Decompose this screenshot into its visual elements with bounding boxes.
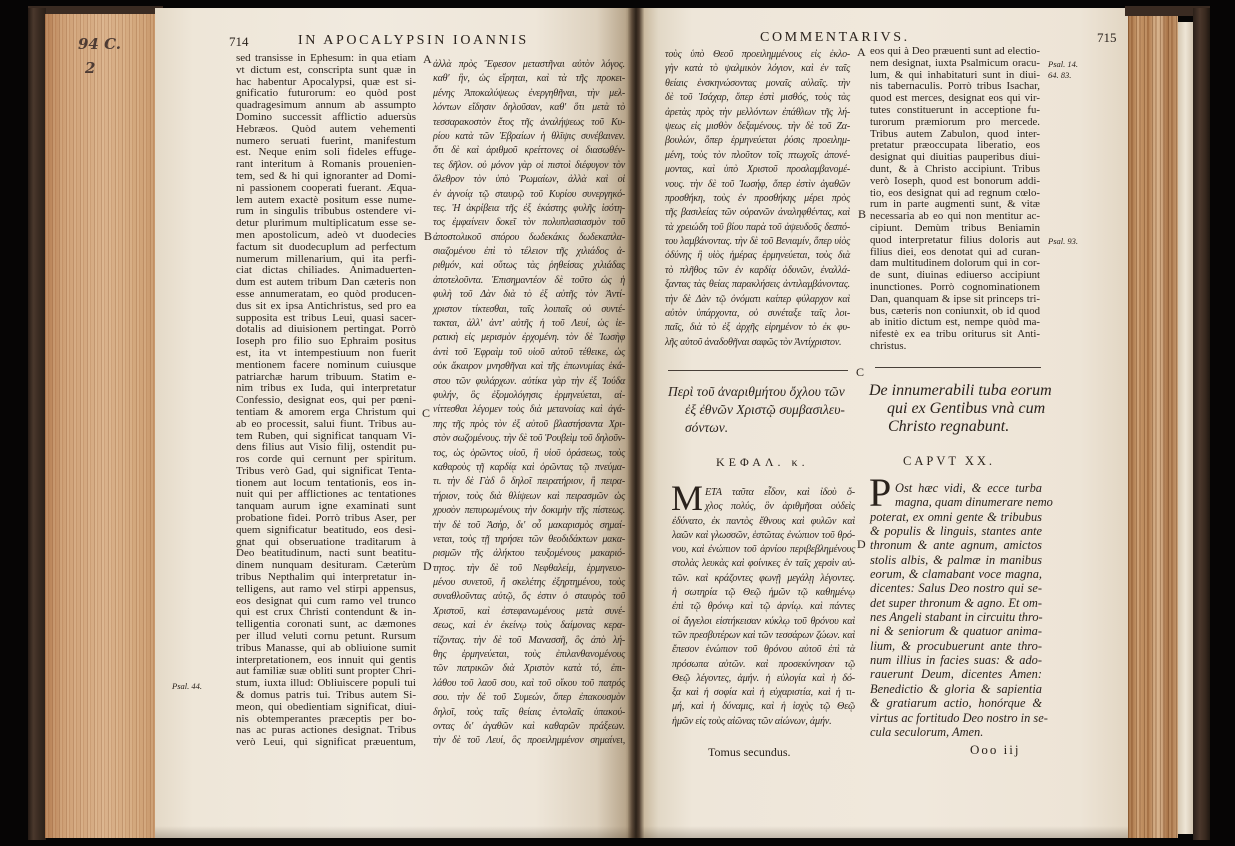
left-latin-column: sed transisse in Ephesum: in qua etiam v… [236, 53, 416, 749]
text-line: τες. Ἡ ἀκρίβεια τῆς ἐξ ἑκάστης φυλῆς ἰσό… [433, 202, 625, 216]
right-page: COMMENTARIVS. 715 A B C D Psal. 14. 64. … [644, 8, 1128, 838]
text-line: δηλοῖ, τοὺς ταῖς θείαις ἐντολαῖς ὑπακού- [433, 706, 625, 720]
text-line: τίζοντας. τὴν δὲ τοῦ Μανασσῆ, ὃς ἀπὸ λή- [433, 634, 625, 648]
text-line: ξα καὶ ἡ σοφία καὶ ἡ εὐχαριστία, καὶ ἡ τ… [672, 686, 855, 700]
text-line: Ost hæc vidi, & ecce turba [870, 481, 1042, 495]
text-line: tem, sed & hi qui ignoranter ad Domi- [236, 171, 416, 183]
text-line: ρίου κατὰ τῶν Ἑβραίων ἡ θλῖψις συνέβαινε… [433, 130, 625, 144]
text-line: οὐκ ἄκαιρον μνησθῆναι καὶ τῆς ἐπωνυμίας … [433, 360, 625, 374]
text-line: τὴν δὲ τοῦ Ἀσὴρ, δι' οὗ μακαρισμὸς σημαί… [433, 519, 625, 533]
left-page: 714 IN APOCALYPSIN IOANNIS A B C D Psal.… [155, 8, 630, 838]
greek-chapter-label: ΚΕΦΑΛ. κ. [716, 455, 809, 470]
text-line: turorum præmiorum pro mercede. [870, 117, 1040, 129]
left-cover-edge [28, 8, 46, 840]
text-line: μένης Ἀποκαλύψεως ἐνεργηθῆναι, τὴν μελ- [433, 87, 625, 101]
text-line: τεσσαρακοστὸν ἔτος τῆς ἀναλήψεως τοῦ Κυ- [433, 116, 625, 130]
page-number: 714 [229, 34, 249, 50]
book-spread-scan: 94 C. 2 714 IN APOCALYPSIN IOANNIS A B C… [0, 0, 1235, 846]
greek-chapter-title: Περὶ τοῦ ἀναριθμήτου ὄχλου τῶν ἐξ ἐθνῶν … [668, 383, 845, 437]
latin-chapter-label: CAPVT XX. [903, 454, 995, 469]
text-line: virtus ac fortitudo Deo nostro in se- [870, 711, 1042, 725]
handwritten-shelfmark-number: 2 [85, 60, 95, 76]
text-line: tribus Manasse, qui ab obliuione sumit [236, 643, 416, 655]
handwritten-shelfmark: 94 C. [78, 36, 121, 52]
text-line: μένη, τοὺς τὸν πλοῦτον τοῖς πτωχοῖς ἀπον… [665, 149, 850, 163]
text-line: τοὺς ὑπὸ Θεοῦ προειλημμένους εἰς ἐκλο- [665, 48, 850, 62]
text-line: ὀδύνης ἢ υἱὸς ἡμέρας ἑρμηνεύεται, τοὺς δ… [665, 249, 850, 263]
text-line: λαῶν καὶ γλωσσῶν, ἑστῶτας ἐνώπιον τοῦ θρ… [672, 529, 855, 543]
latin-chapter-text: Ost hæc vidi, & ecce turba magna, quam d… [870, 481, 1042, 739]
text-line: τι. τὴν δὲ Γὰδ ὃ δηλοῖ πειρατήριον, ἢ πε… [433, 475, 625, 489]
text-line: nes Angeli stabant in circuitu thro- [870, 610, 1042, 624]
text-line: eorum, & clamabant voce magna, [870, 567, 1042, 581]
text-line: poterat, ex omni gente & tribubus [870, 510, 1042, 524]
greek-chapter-text: ΕΤΑ ταῦτα εἶδον, καὶ ἰδοὺ ὄ- χλος πολύς,… [672, 486, 855, 729]
text-line: καθ' ἣν, ὡς εἴρηται, καὶ τὰ τῆς προκει- [433, 72, 625, 86]
text-line: ψεως εἰς μισθὸν δεξαμένους. τὴν δὲ τοῦ Ζ… [665, 120, 850, 134]
text-line: esse annumeratam, eo quòd producen- [236, 289, 416, 301]
text-line: τὴν δὲ τοῦ Λευί, ὃς προειλημμένον σημαίν… [433, 734, 625, 748]
text-line: cipiunt. Demùm tribus Beniamin [870, 223, 1040, 235]
page-bottom-shadow [155, 826, 1128, 838]
text-line: του λαμβάνοντας. τὴν δὲ τοῦ Βενιαμίν, ὅπ… [665, 235, 850, 249]
text-line: τῶν πρεσβυτέρων καὶ τῶν τεσσάρων ζώων. κ… [672, 629, 855, 643]
text-line: φυλὴ τοῦ Δὰν διὰ τὸ ἐξ αὐτῆς τὸν Ἀντί- [433, 288, 625, 302]
text-line: τῆς βασιλείας τῶν οὐρανῶν ἀναληφθέντας, … [665, 206, 850, 220]
title-line: qui ex Gentibus vnà cum [869, 400, 1052, 418]
page-number: 715 [1097, 30, 1117, 46]
title-line: Περὶ τοῦ ἀναριθμήτου ὄχλου τῶν [668, 383, 845, 401]
text-line: προσθήκη, τοὺς ἐν προσθήκης μέρει πρὸς [665, 192, 850, 206]
text-line: tentiam & amorem erga Christum qui [236, 407, 416, 419]
left-page-block-edge: 94 C. 2 [45, 14, 155, 838]
margin-note: 64. 83. [1048, 70, 1071, 80]
left-greek-column: ἀλλὰ πρὸς Ἔφεσον μεταστῆναι αὐτὸν λόγος.… [433, 58, 625, 749]
text-line: ἔπεσον ἐνώπιον τοῦ θρόνου αὐτοῦ ἐπὶ τὰ [672, 643, 855, 657]
right-cover-edge [1193, 8, 1210, 840]
section-marker-c: C [856, 366, 864, 378]
text-line: ἐπὶ τῷ θρόνῳ καὶ τῷ ἀρνίῳ. καὶ πάντες [672, 600, 855, 614]
text-line: ὅτι δὲ καὶ ἀριθμοῦ κρείττονες οἱ διασωθέ… [433, 144, 625, 158]
text-line: σεως, καὶ ἐν ἐκείνῳ τοὺς δαίμονας κερα- [433, 619, 625, 633]
volume-footer: Tomus secundus. [708, 745, 791, 760]
text-line: λῆς αὐτοῦ ἀναδοθῆναι σαφῶς τὸν Ἀντίχριστ… [665, 336, 850, 350]
text-line: Hebræos. Quòd autem vehementi [236, 124, 416, 136]
text-line: μοντας, καὶ ὑπὸ Χριστοῦ προσλαμβανομέ- [665, 163, 850, 177]
text-line: τὸ πλῆθος τῶν ἐν καρδίᾳ ὀδυνῶν, ἐναλλά- [665, 264, 850, 278]
text-line: τος ἐμφαίνειν δοκεῖ τὸν πολυπλασιασμὸν τ… [433, 216, 625, 230]
section-marker-a: A [857, 46, 866, 58]
text-line: στου τῶν φυλάρχων. αὐτίκα γὰρ τὴν ἐξ Ἰού… [433, 375, 625, 389]
text-line: γὴν κατὰ τὸ ψαλμικὸν λόγιον, καὶ ἐν ταῖς [665, 62, 850, 76]
text-line: τῶν πατρικῶν διὰ Χριστὸν κατὰ τό, ἐπι- [433, 662, 625, 676]
left-cover-top-edge [28, 6, 163, 14]
text-line: τος, ὡς ὁρῶντος υἱοῦ, ἢ υἱοῦ ὁράσεως, το… [433, 447, 625, 461]
text-line: det super thronum & agno. Et om- [870, 596, 1042, 610]
text-line: tutes constituerunt in acceptione fu- [870, 105, 1040, 117]
text-line: meon, qui obedientiam significat, diui- [236, 702, 416, 714]
text-line: ἡμῶν εἰς τοὺς αἰῶνας τῶν αἰώνων, ἀμήν. [672, 715, 855, 729]
margin-note: Psal. 93. [1048, 236, 1078, 246]
text-line: τὴν δὲ Δὰν τῷ ὀνόματι καίπερ φύλαρχον κα… [665, 293, 850, 307]
running-head: COMMENTARIVS. [760, 30, 910, 46]
text-line: λάθου τοῦ λαοῦ σου, καὶ τοῦ οἴκου τοῦ πα… [433, 677, 625, 691]
margin-note: Psal. 44. [172, 681, 202, 691]
text-line: lium, & procubuerunt ante thro- [870, 639, 1042, 653]
text-line: ni & seniorum & quatuor anima- [870, 624, 1042, 638]
text-line: νεται, τοὺς τῇ τηρήσει τῶν θεοδιδάκτων μ… [433, 533, 625, 547]
text-line: nem designat, iuxta Psalmicum oracu- [870, 58, 1040, 70]
text-line: thronum & ante agnum, amictos [870, 538, 1042, 552]
text-line: Θεῷ λέγοντες, ἀμήν. ἡ εὐλογία καὶ ἡ δό- [672, 672, 855, 686]
latin-chapter-title: De innumerabili tuba eorum qui ex Gentib… [869, 382, 1052, 436]
text-line: δὲ τοῦ Ἰσάχαρ, ὅπερ ἐστὶ μισθός, τοὺς τὰ… [665, 91, 850, 105]
text-line: Benedictio & gloria & sapientia [870, 682, 1042, 696]
text-line: Tribus verò Gad, qui significat Tenta- [236, 466, 416, 478]
title-line: De innumerabili tuba eorum [869, 382, 1052, 400]
text-line: νους. τὴν δὲ τοῦ Ἰωσήφ, ὅπερ ἐστὶν ἀγαθῶ… [665, 178, 850, 192]
text-line: συναθλοῦντας αὐτῷ, ὅς ἐστιν ὁ σταυρὸς το… [433, 590, 625, 604]
text-line: quod interpretatur filius doloris aut [870, 235, 1040, 247]
text-line: ab eo processit, salui fiunt. Tribus au- [236, 419, 416, 431]
text-line: factum sit duodecuplum ad perfectum [236, 242, 416, 254]
text-line: στολὰς λευκὰς καὶ φοίνικες ἐν ταῖς χερσὶ… [672, 557, 855, 571]
text-line: vt dictum est, conscripta sunt quæ in [236, 65, 416, 77]
text-line: στὸν σωζομένους. τὴν δὲ τοῦ Ῥουβεὶμ τοῦ … [433, 432, 625, 446]
text-line: ἐν ἀγνοίᾳ τῷ σταυρῷ τοῦ Κυρίου συνεργηκό… [433, 188, 625, 202]
text-line: χρυσὸν πεπυρωμένους τὴν δοκιμὴν τῆς πίστ… [433, 504, 625, 518]
text-line: num illius in facies suas: & ado- [870, 653, 1042, 667]
right-latin-column: eos qui à Deo præuenti sunt ad electio- … [870, 46, 1040, 353]
text-line: verò Ioseph, quod est bonorum addi- [870, 176, 1040, 188]
text-line: dicentes: Salus Deo nostro qui se- [870, 581, 1042, 595]
text-line: mentionem facere nominum cuiusque [236, 360, 416, 372]
text-line: νίττεσθαι λέγομεν τοὺς διὰ μετανοίας καὶ… [433, 403, 625, 417]
book-gutter [628, 8, 644, 838]
section-marker-d: D [423, 560, 432, 572]
text-line: χλος πολύς, ὃν ἀριθμῆσαι οὐδεὶς [672, 500, 855, 514]
text-line: verò Leui, qui significat præuentum, [236, 737, 416, 749]
text-line: ἀρετὰς πρὸς τὴν μελλόντων ἐπάθλων τῆς λή… [665, 106, 850, 120]
greek-divider-rule [668, 370, 848, 371]
text-line: magna, quam dinumerare nemo [870, 495, 1042, 509]
text-line: rauerunt Deum, dicentes Amen: [870, 667, 1042, 681]
text-line: ρατικὴ εἰς μερισμὸν ἐρχομένη. τὸν δὲ Ἰωσ… [433, 331, 625, 345]
text-line: σου. τὴν δὲ τοῦ Συμεών, ὅπερ ἐπακουσμὸν [433, 691, 625, 705]
text-line: παῖς, διὰ τὸ ἐξ ἀρχῆς εἰρημένον τὸ ἐκ φυ… [665, 321, 850, 335]
text-line: ρισμῶν τῆς ἀλήκτου τευξομένους μακαριό- [433, 547, 625, 561]
text-line: telligens, aut ramo vel stirpi appensus, [236, 584, 416, 596]
text-line: τακται, ἀλλ' ἀντ' αὐτῆς ἡ τοῦ Λευί, ὡς ἱ… [433, 317, 625, 331]
text-line: & gratiarum actio, honórque & [870, 696, 1042, 710]
text-line: μή, καὶ ἡ δύναμις, καὶ ἡ ἰσχὺς τῷ Θεῷ [672, 700, 855, 714]
text-line: ni passionem cooperati fuerant. Æqua- [236, 183, 416, 195]
text-line: Domino successit afflictio aduersùs [236, 112, 416, 124]
running-head: IN APOCALYPSIN IOANNIS [298, 33, 529, 49]
text-line: ἀποτελοῦντα. Ἐπισημαντέον δὲ τοῦτο ὡς ἡ [433, 274, 625, 288]
latin-divider-rule [875, 367, 1041, 368]
text-line: νου, καὶ ἐνώπιον τοῦ ἀρνίου περιβεβλημέν… [672, 543, 855, 557]
text-line: stolis albis, & palmæ in manibus [870, 553, 1042, 567]
text-line: ξαντας τὰς θείας παρακλήσεις ἀντιλαμβάνο… [665, 278, 850, 292]
margin-note: Psal. 14. [1048, 59, 1078, 69]
text-line: men apostolicum, adeò vt duodecies [236, 230, 416, 242]
section-marker-d: D [857, 538, 866, 550]
section-marker-b: B [424, 230, 432, 242]
text-line: τῶν. καὶ κράζοντες φωνῇ μεγάλῃ λέγοντες. [672, 572, 855, 586]
text-line: ριθμόν, καὶ οὕτως τὰς ῥηθείσας χιλιάδας [433, 259, 625, 273]
text-line: φυλήν, ὃς ἐξομολόγησις ἑρμηνεύεται, αἰ- [433, 389, 625, 403]
text-line: σιαζομένου ἐπὶ τὸ τέλειον τῆς χιλιάδος ἀ… [433, 245, 625, 259]
text-line: αὐτὸν ὑπάρχοντα, οὐ συνέταξε ταῖς λοι- [665, 307, 850, 321]
right-page-block-edge [1128, 12, 1178, 838]
title-line: Christo regnabunt. [869, 418, 1052, 436]
section-marker-c: C [422, 407, 430, 419]
text-line: ΕΤΑ ταῦτα εἶδον, καὶ ἰδοὺ ὄ- [672, 486, 855, 500]
text-line: ἀποστολικοῦ σπόρου δωδεκάκις δωδεκαπλα- [433, 231, 625, 245]
text-line: Dan, quanquam & ipse sit princeps tri- [870, 294, 1040, 306]
text-line: ἐδύνατο, ἐκ παντὸς ἔθνους καὶ φυλῶν καὶ [672, 515, 855, 529]
text-line: dus sit ex ipsa Antichristus, sed pro ea [236, 301, 416, 313]
text-line: πρόσωπα αὐτῶν. καὶ προσεκύνησαν τῷ [672, 658, 855, 672]
text-line: τητος. τὴν δὲ τοῦ Νεφθαλείμ, ἑρμηνευο- [433, 562, 625, 576]
text-line: ἀλλὰ πρὸς Ἔφεσον μεταστῆναι αὐτὸν λόγος. [433, 58, 625, 72]
text-line: ἀντὶ τοῦ Ἐφραὶμ τοῦ υἱοῦ αὐτοῦ τέθεικε, … [433, 346, 625, 360]
text-line: τες δῆλον. οὐ μόνον γὰρ οἱ πιστοὶ διέφυγ… [433, 159, 625, 173]
text-line: & populis & linguis, stantes ante [870, 524, 1042, 538]
text-line: τὰ χρειώδη τοῦ βίου παρὰ τοῦ ἀψευδοῦς δε… [665, 221, 850, 235]
text-line: πης τῆς πρὸς τὸν ἐξ αὐτοῦ βλαστήσαντα Χρ… [433, 418, 625, 432]
text-line: quem significatur beatitudo, eos desi- [236, 525, 416, 537]
text-line: θείαις ἐνσκηνώσοντας μοναῖς αὐλαῖς. τὴν [665, 77, 850, 91]
text-line: οντας δι' ἀγαθῶν καὶ καθαρῶν πράξεων. [433, 720, 625, 734]
text-line: cula seculorum, Amen. [870, 725, 1042, 739]
right-greek-column: τοὺς ὑπὸ Θεοῦ προειλημμένους εἰς ἐκλο- γ… [665, 48, 850, 350]
text-line: christus. [870, 341, 1040, 353]
text-line: χριστον τίκτεσθαι, ταῖς λοιπαῖς οὐ συντέ… [433, 303, 625, 317]
signature-mark: Ooo iij [970, 742, 1020, 758]
text-line: Χριστοῦ, καὶ ἐστεφανωμένους μετὰ συνέ- [433, 605, 625, 619]
text-line: οἱ ἄγγελοι εἱστήκεισαν κύκλῳ τοῦ θρόνου … [672, 615, 855, 629]
text-line: λόντων εἴδησιν δηλοῦσαν, καθ' ὅτι μετὰ τ… [433, 101, 625, 115]
title-line: σόντων. [668, 419, 845, 437]
text-line: ὄλεθρον τὸν ὑπὸ Ῥωμαίων, ἀλλὰ καὶ οἱ [433, 173, 625, 187]
section-marker-a: A [423, 53, 432, 65]
text-line: τήριον, τοὺς διὰ θλίψεων καὶ πειρασμῶν ὡ… [433, 490, 625, 504]
right-endpaper-edge [1178, 22, 1193, 834]
title-line: ἐξ ἐθνῶν Χριστῷ συμβασιλευ- [668, 401, 845, 419]
text-line: καθαροὺς τῇ καρδίᾳ καὶ ὁρῶντας τῷ πνεύμα… [433, 461, 625, 475]
text-line: θης ἑρμηνεύεται, τοὺς ἐπιλανθανομένους [433, 648, 625, 662]
text-line: inunctiones. Porrò cognominationem [870, 282, 1040, 294]
text-line: ἡ σωτηρία τῷ Θεῷ ἡμῶν τῷ καθημένῳ [672, 586, 855, 600]
text-line: μένου συνετοῦ, ἢ σκελέτης ἐξηρτημένου, τ… [433, 576, 625, 590]
section-marker-b: B [858, 208, 866, 220]
text-line: est, ita vt intempestiuum non fuerit [236, 348, 416, 360]
text-line: dunt, & à Christo accipiunt. Tribus [870, 164, 1040, 176]
text-line: βουλών, ὅπερ ἑρμηνεύεται ῥύσις προειλημ- [665, 134, 850, 148]
